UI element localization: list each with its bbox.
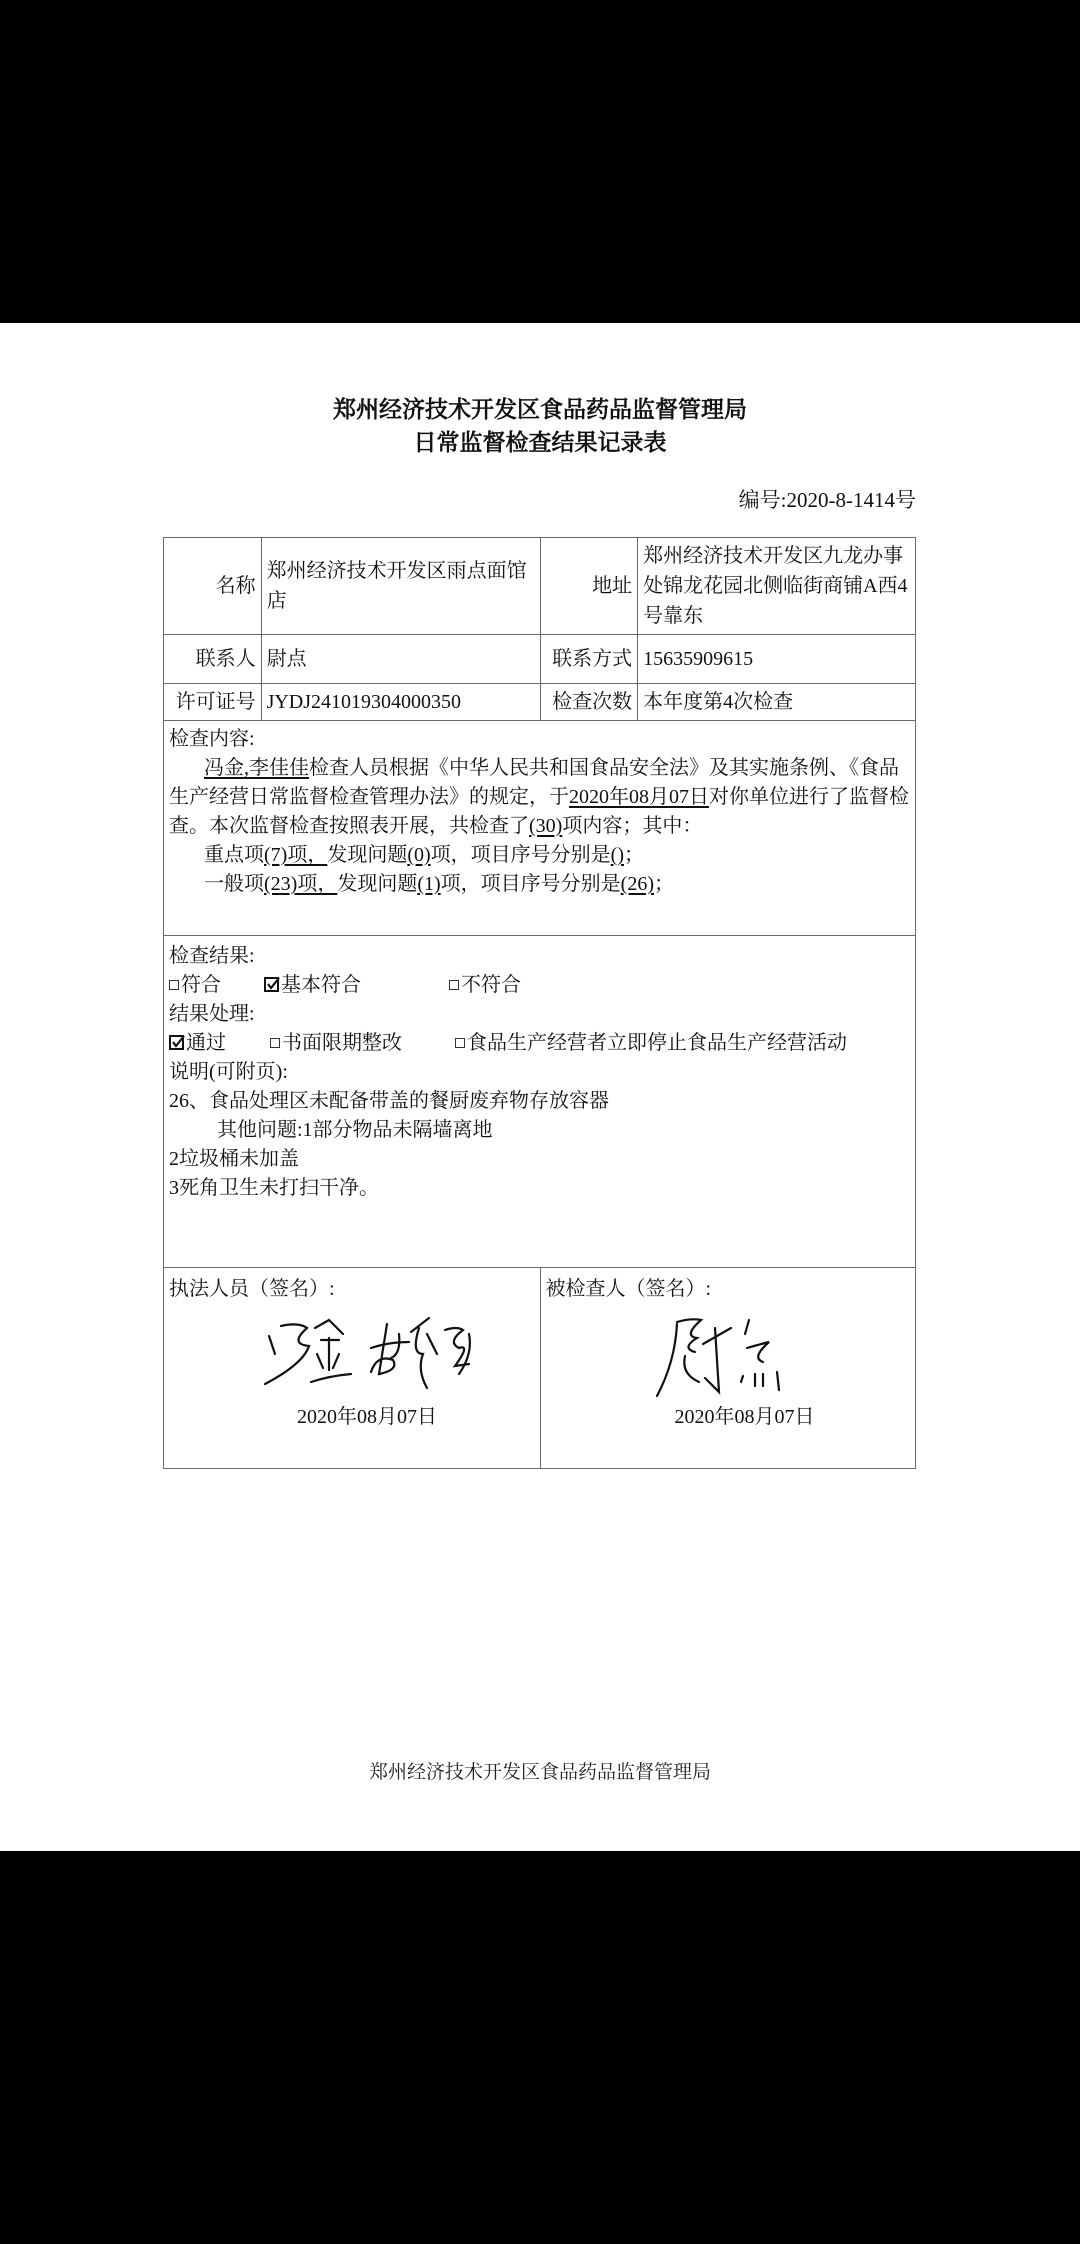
- general-seq: (26): [621, 873, 654, 895]
- key-found: (0): [407, 844, 430, 866]
- general-count: (23)项，: [264, 873, 337, 895]
- general-seq-label: 项，项目序号分别是: [441, 873, 621, 895]
- name-value: 郑州经济技术开发区雨点面馆店: [261, 538, 540, 635]
- contact-person-label: 联系人: [164, 635, 262, 684]
- inspection-count-value: 本年度第4次检查: [638, 684, 916, 721]
- total-items: (30): [529, 815, 562, 837]
- license-value: JYDJ24101930400035​0: [261, 684, 540, 721]
- inspected-signature-image: [651, 1312, 831, 1402]
- result-heading: 检查结果:: [169, 942, 910, 971]
- option-label: 基本符合: [281, 974, 361, 996]
- inspected-signature-label: 被检查人（签名）:: [546, 1274, 910, 1304]
- notes-heading: 说明(可附页):: [169, 1058, 910, 1087]
- content-paragraph: 冯金,李佳佳检查人员根据《中华人民共和国食品安全法》及其实施条例、《食品生产经营…: [169, 754, 910, 841]
- table-row: 许可证号 JYDJ24101930400035​0 检查次数 本年度第4次检查: [164, 684, 916, 721]
- option-pass[interactable]: 通过: [169, 1029, 265, 1058]
- general-found: (1): [417, 873, 440, 895]
- signature-row: 执法人员（签名）:: [164, 1268, 916, 1469]
- content-text-c: 项内容；其中：: [562, 815, 702, 837]
- option-rectify-in-time[interactable]: 书面限期整改: [270, 1029, 450, 1058]
- inspection-count-label: 检查次数: [540, 684, 638, 721]
- checkbox-empty-icon: [169, 980, 179, 990]
- inspection-content-section: 检查内容: 冯金,李佳佳检查人员根据《中华人民共和国食品安全法》及其实施条例、《…: [164, 721, 916, 936]
- form-title: 日常监督检查结果记录表: [0, 424, 1080, 457]
- key-seq: (): [611, 844, 624, 866]
- key-prefix: 重点项: [204, 844, 264, 866]
- inspection-record-table: 名称 郑州经济技术开发区雨点面馆店 地址 郑州经济技术开发区九龙办事处锦龙花园北…: [163, 537, 916, 1469]
- note-line: 3死角卫生未打扫干净。: [169, 1174, 910, 1203]
- note-line: 2垃圾桶未加盖: [169, 1145, 910, 1174]
- contact-method-label: 联系方式: [540, 635, 638, 684]
- option-basically-compliant[interactable]: 基本符合: [264, 971, 444, 1000]
- contact-method-value: 15635909615: [638, 635, 916, 684]
- content-heading: 检查内容:: [169, 725, 910, 754]
- inspection-date: 2020年08月07日: [569, 786, 709, 808]
- key-count: (7)项，: [264, 844, 327, 866]
- checkbox-checked-icon: [169, 1035, 184, 1050]
- serial-number: 编号:2020-8-1414号: [739, 484, 916, 514]
- note-line: 其他问题:1部分物品未隔墙离地: [169, 1116, 910, 1145]
- inspection-result-section: 检查结果: 符合 基本符合 不符合 结果处理: 通过 书面限期整改 食品生产经营…: [164, 936, 916, 1268]
- general-items-line: 一般项(23)项，发现问题(1)项，项目序号分别是(26)；: [169, 870, 910, 899]
- officer-signature-cell: 执法人员（签名）:: [164, 1268, 541, 1469]
- serial-value: 2020-8-1414: [787, 488, 896, 512]
- note-line: 26、食品处理区未配备带盖的餐厨废弃物存放容器: [169, 1087, 910, 1116]
- result-options: 符合 基本符合 不符合: [169, 971, 910, 1000]
- inspectors: 冯金,李佳佳: [204, 757, 309, 779]
- key-items-line: 重点项(7)项，发现问题(0)项，项目序号分别是()；: [169, 841, 910, 870]
- table-row: 联系人 尉点 联系方式 15635909615: [164, 635, 916, 684]
- key-seq-label: 项，项目序号分别是: [431, 844, 611, 866]
- serial-suffix: 号: [895, 488, 916, 512]
- option-label: 不符合: [461, 974, 521, 996]
- document-page: 郑州经济技术开发区食品药品监督管理局 日常监督检查结果记录表 编号:2020-8…: [0, 323, 1080, 1851]
- table-row: 名称 郑州经济技术开发区雨点面馆店 地址 郑州经济技术开发区九龙办事处锦龙花园北…: [164, 538, 916, 635]
- general-found-label: 发现问题: [337, 873, 417, 895]
- checkbox-empty-icon: [449, 980, 459, 990]
- option-stop-operations[interactable]: 食品生产经营者立即停止食品生产经营活动: [455, 1029, 847, 1058]
- agency-title: 郑州经济技术开发区食品药品监督管理局: [0, 391, 1080, 424]
- option-noncompliant[interactable]: 不符合: [449, 971, 521, 1000]
- handling-heading: 结果处理:: [169, 1000, 910, 1029]
- option-label: 符合: [181, 974, 221, 996]
- general-end: ；: [654, 873, 674, 895]
- serial-label: 编号:: [739, 488, 787, 512]
- key-found-label: 发现问题: [327, 844, 407, 866]
- contact-person-value: 尉点: [261, 635, 540, 684]
- general-prefix: 一般项: [204, 873, 264, 895]
- handling-options: 通过 书面限期整改 食品生产经营者立即停止食品生产经营活动: [169, 1029, 910, 1058]
- address-value: 郑州经济技术开发区九龙办事处锦龙花园北侧临街商铺A西4号靠东: [638, 538, 916, 635]
- inspected-signature-cell: 被检查人（签名）: 2020年08月07日: [540, 1268, 915, 1469]
- option-label: 通过: [186, 1032, 226, 1054]
- officer-signature-label: 执法人员（签名）:: [169, 1274, 535, 1304]
- checkbox-empty-icon: [270, 1038, 280, 1048]
- content-row: 检查内容: 冯金,李佳佳检查人员根据《中华人民共和国食品安全法》及其实施条例、《…: [164, 721, 916, 936]
- option-label: 书面限期整改: [282, 1032, 402, 1054]
- checkbox-checked-icon: [264, 977, 279, 992]
- officer-signature-date: 2020年08月07日: [297, 1402, 437, 1432]
- option-compliant[interactable]: 符合: [169, 971, 259, 1000]
- name-label: 名称: [164, 538, 262, 635]
- option-label: 食品生产经营者立即停止食品生产经营活动: [467, 1032, 847, 1054]
- checkbox-empty-icon: [455, 1038, 465, 1048]
- license-label: 许可证号: [164, 684, 262, 721]
- footer-agency: 郑州经济技术开发区食品药品监督管理局: [0, 1757, 1080, 1784]
- inspected-signature-date: 2020年08月07日: [675, 1402, 815, 1432]
- address-label: 地址: [540, 538, 638, 635]
- key-end: ；: [624, 844, 644, 866]
- officer-signature-image: [259, 1314, 489, 1394]
- result-row: 检查结果: 符合 基本符合 不符合 结果处理: 通过 书面限期整改 食品生产经营…: [164, 936, 916, 1268]
